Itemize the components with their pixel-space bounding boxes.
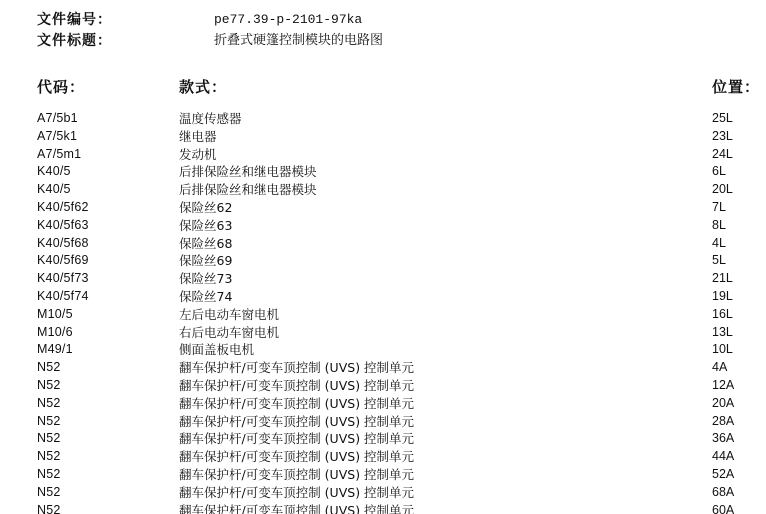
component-description: 翻车保护杆/可变车顶控制 (UVS) 控制单元: [179, 413, 414, 431]
component-description: 保险丝62: [179, 199, 232, 217]
component-position: 8L: [712, 217, 726, 235]
component-code: K40/5f69: [37, 252, 89, 270]
component-code: K40/5f62: [37, 199, 89, 217]
table-row: K40/5f62保险丝627L: [0, 199, 766, 217]
table-row: K40/5f63保险丝638L: [0, 217, 766, 235]
component-position: 13L: [712, 324, 733, 342]
table-row: N52翻车保护杆/可变车顶控制 (UVS) 控制单元36A: [0, 430, 766, 448]
component-code: K40/5: [37, 181, 71, 199]
component-description: 翻车保护杆/可变车顶控制 (UVS) 控制单元: [179, 359, 414, 377]
component-description: 保险丝73: [179, 270, 232, 288]
table-row: N52翻车保护杆/可变车顶控制 (UVS) 控制单元20A: [0, 395, 766, 413]
component-position: 6L: [712, 163, 726, 181]
column-header-code: 代码：: [37, 77, 85, 97]
component-position: 20A: [712, 395, 734, 413]
component-code: K40/5f63: [37, 217, 89, 235]
component-description: 继电器: [179, 128, 217, 146]
component-description: 温度传感器: [179, 110, 242, 128]
component-table: A7/5b1温度传感器25LA7/5k1继电器23LA7/5m1发动机24LK4…: [0, 110, 766, 514]
component-description: 后排保险丝和继电器模块: [179, 163, 317, 181]
component-description: 右后电动车窗电机: [179, 324, 279, 342]
component-code: N52: [37, 430, 61, 448]
component-code: A7/5k1: [37, 128, 77, 146]
component-code: M10/5: [37, 306, 73, 324]
table-row: N52翻车保护杆/可变车顶控制 (UVS) 控制单元52A: [0, 466, 766, 484]
component-position: 60A: [712, 502, 734, 514]
component-position: 7L: [712, 199, 726, 217]
component-code: A7/5b1: [37, 110, 78, 128]
table-row: K40/5后排保险丝和继电器模块20L: [0, 181, 766, 199]
component-description: 保险丝69: [179, 252, 232, 270]
component-description: 发动机: [179, 146, 217, 164]
table-row: N52翻车保护杆/可变车顶控制 (UVS) 控制单元4A: [0, 359, 766, 377]
component-position: 10L: [712, 341, 733, 359]
component-code: K40/5f68: [37, 235, 89, 253]
component-description: 翻车保护杆/可变车顶控制 (UVS) 控制单元: [179, 430, 414, 448]
table-row: A7/5b1温度传感器25L: [0, 110, 766, 128]
table-row: M10/5左后电动车窗电机16L: [0, 306, 766, 324]
column-header-position: 位置：: [712, 77, 760, 97]
table-row: N52翻车保护杆/可变车顶控制 (UVS) 控制单元28A: [0, 413, 766, 431]
file-title-value: 折叠式硬篷控制模块的电路图: [214, 31, 383, 51]
table-row: K40/5f68保险丝684L: [0, 235, 766, 253]
file-title-label: 文件标题：: [37, 31, 112, 51]
component-description: 保险丝63: [179, 217, 232, 235]
component-position: 28A: [712, 413, 734, 431]
component-position: 12A: [712, 377, 734, 395]
table-row: K40/5f74保险丝7419L: [0, 288, 766, 306]
component-position: 52A: [712, 466, 734, 484]
component-position: 19L: [712, 288, 733, 306]
table-row: A7/5k1继电器23L: [0, 128, 766, 146]
component-description: 翻车保护杆/可变车顶控制 (UVS) 控制单元: [179, 502, 414, 514]
table-row: N52翻车保护杆/可变车顶控制 (UVS) 控制单元44A: [0, 448, 766, 466]
component-description: 翻车保护杆/可变车顶控制 (UVS) 控制单元: [179, 377, 414, 395]
component-position: 23L: [712, 128, 733, 146]
component-code: N52: [37, 502, 61, 514]
component-code: N52: [37, 466, 61, 484]
component-code: N52: [37, 395, 61, 413]
component-description: 翻车保护杆/可变车顶控制 (UVS) 控制单元: [179, 448, 414, 466]
component-position: 36A: [712, 430, 734, 448]
file-number-label: 文件编号：: [37, 10, 112, 30]
component-position: 25L: [712, 110, 733, 128]
component-description: 后排保险丝和继电器模块: [179, 181, 317, 199]
component-code: M49/1: [37, 341, 73, 359]
table-row: N52翻车保护杆/可变车顶控制 (UVS) 控制单元12A: [0, 377, 766, 395]
column-header-style: 款式：: [179, 77, 227, 97]
table-row: N52翻车保护杆/可变车顶控制 (UVS) 控制单元68A: [0, 484, 766, 502]
component-description: 左后电动车窗电机: [179, 306, 279, 324]
component-position: 4L: [712, 235, 726, 253]
table-row: N52翻车保护杆/可变车顶控制 (UVS) 控制单元60A: [0, 502, 766, 514]
file-number-value: pe77.39-p-2101-97ka: [214, 10, 362, 30]
component-position: 20L: [712, 181, 733, 199]
component-code: K40/5f74: [37, 288, 89, 306]
table-row: M10/6右后电动车窗电机13L: [0, 324, 766, 342]
component-position: 16L: [712, 306, 733, 324]
component-position: 68A: [712, 484, 734, 502]
component-description: 保险丝68: [179, 235, 232, 253]
component-position: 4A: [712, 359, 727, 377]
component-code: K40/5: [37, 163, 71, 181]
table-row: K40/5后排保险丝和继电器模块6L: [0, 163, 766, 181]
component-code: A7/5m1: [37, 146, 81, 164]
component-code: N52: [37, 377, 61, 395]
component-code: M10/6: [37, 324, 73, 342]
table-row: A7/5m1发动机24L: [0, 146, 766, 164]
table-row: K40/5f73保险丝7321L: [0, 270, 766, 288]
component-description: 保险丝74: [179, 288, 232, 306]
component-position: 44A: [712, 448, 734, 466]
component-position: 5L: [712, 252, 726, 270]
component-code: N52: [37, 448, 61, 466]
component-position: 21L: [712, 270, 733, 288]
component-code: K40/5f73: [37, 270, 89, 288]
component-code: N52: [37, 359, 61, 377]
component-description: 翻车保护杆/可变车顶控制 (UVS) 控制单元: [179, 466, 414, 484]
component-description: 翻车保护杆/可变车顶控制 (UVS) 控制单元: [179, 395, 414, 413]
component-code: N52: [37, 484, 61, 502]
component-description: 翻车保护杆/可变车顶控制 (UVS) 控制单元: [179, 484, 414, 502]
component-position: 24L: [712, 146, 733, 164]
table-row: M49/1侧面盖板电机10L: [0, 341, 766, 359]
table-row: K40/5f69保险丝695L: [0, 252, 766, 270]
component-description: 侧面盖板电机: [179, 341, 254, 359]
component-code: N52: [37, 413, 61, 431]
